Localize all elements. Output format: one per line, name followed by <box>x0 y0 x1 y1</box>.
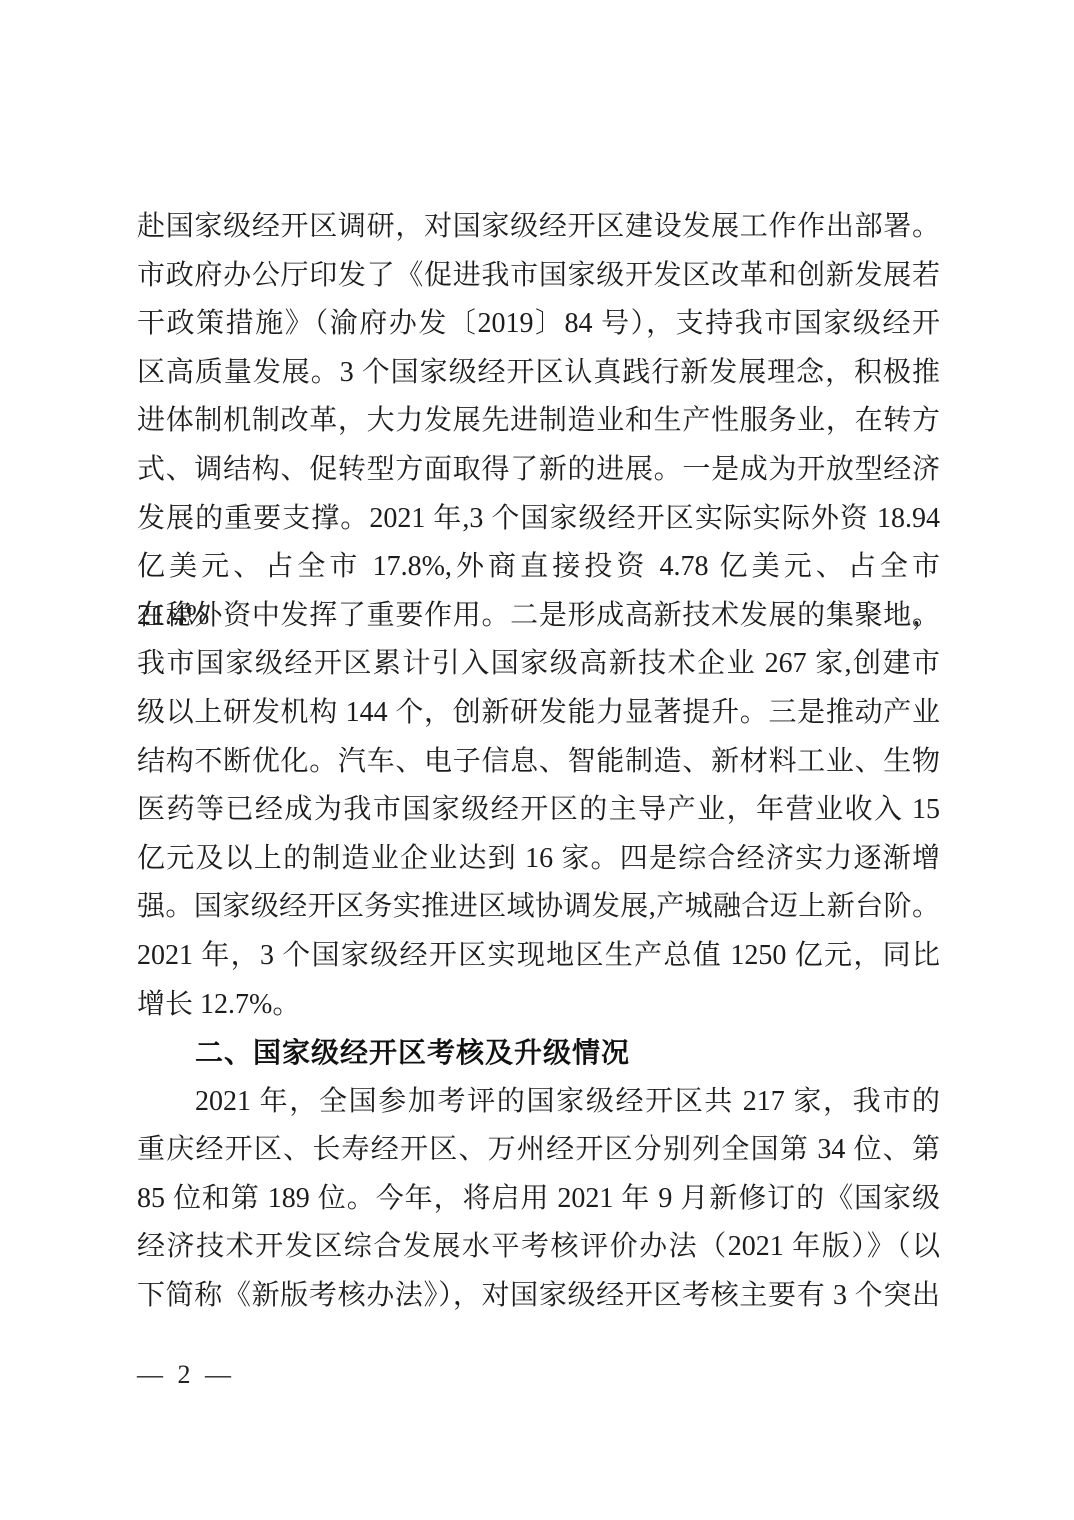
document-page: 赴国家级经开区调研，对国家级经开区建设发展工作作出部署。 市政府办公厅印发了《促… <box>0 0 1074 1520</box>
section-heading: 二、国家级经开区考核及升级情况 <box>137 1029 940 1078</box>
text-line: 增长 12.7%。 <box>137 981 940 1030</box>
text-line: 亿美元、占全市 17.8%,外商直接投资 4.78 亿美元、占全市 21.4%， <box>137 543 940 592</box>
text-line: 85 位和第 189 位。今年，将启用 2021 年 9 月新修订的《国家级 <box>137 1175 940 1224</box>
text-line: 赴国家级经开区调研，对国家级经开区建设发展工作作出部署。 <box>137 203 940 252</box>
text-line: 发展的重要支撑。2021 年,3 个国家级经开区实际实际外资 18.94 <box>137 495 940 544</box>
text-line: 亿元及以上的制造业企业达到 16 家。四是综合经济实力逐渐增 <box>137 835 940 884</box>
text-line: 强。国家级经开区务实推进区域协调发展,产城融合迈上新台阶。 <box>137 883 940 932</box>
text-line: 结构不断优化。汽车、电子信息、智能制造、新材料工业、生物 <box>137 738 940 787</box>
text-line: 干政策措施》（渝府办发〔2019〕84 号），支持我市国家级经开 <box>137 300 940 349</box>
text-line: 在稳外资中发挥了重要作用。二是形成高新技术发展的集聚地。 <box>137 592 940 641</box>
text-line: 市政府办公厅印发了《促进我市国家级开发区改革和创新发展若 <box>137 252 940 301</box>
text-line: 重庆经开区、长寿经开区、万州经开区分别列全国第 34 位、第 <box>137 1126 940 1175</box>
text-line: 经济技术开发区综合发展水平考核评价办法（2021 年版）》（以 <box>137 1223 940 1272</box>
text-line: 我市国家级经开区累计引入国家级高新技术企业 267 家,创建市 <box>137 640 940 689</box>
text-line: 区高质量发展。3 个国家级经开区认真践行新发展理念，积极推 <box>137 349 940 398</box>
text-line: 下简称《新版考核办法》），对国家级经开区考核主要有 3 个突出 <box>137 1272 940 1321</box>
text-line: 进体制机制改革，大力发展先进制造业和生产性服务业，在转方 <box>137 397 940 446</box>
text-line: 医药等已经成为我市国家级经开区的主导产业，年营业收入 15 <box>137 786 940 835</box>
document-body: 赴国家级经开区调研，对国家级经开区建设发展工作作出部署。 市政府办公厅印发了《促… <box>137 203 940 1321</box>
text-line: 2021 年，3 个国家级经开区实现地区生产总值 1250 亿元，同比 <box>137 932 940 981</box>
text-line: 式、调结构、促转型方面取得了新的进展。一是成为开放型经济 <box>137 446 940 495</box>
text-line: 级以上研发机构 144 个，创新研发能力显著提升。三是推动产业 <box>137 689 940 738</box>
text-line: 2021 年，全国参加考评的国家级经开区共 217 家，我市的 <box>137 1078 940 1127</box>
page-number: — 2 — <box>137 1360 235 1390</box>
